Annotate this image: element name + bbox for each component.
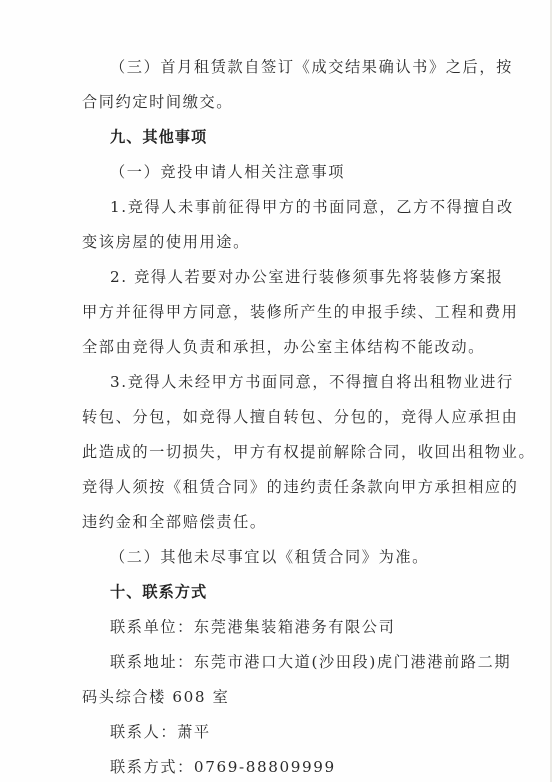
section-9-heading: 九、其他事项	[110, 127, 207, 147]
item-2-line-2: 甲方并征得甲方同意，装修所产生的申报手续、工程和费用	[82, 302, 474, 322]
contact-phone: 联系方式：0769-88809999	[110, 757, 336, 777]
contact-address-line-2: 码头综合楼 608 室	[82, 687, 229, 707]
subsection-2-heading: （二）其他未尽事宜以《租赁合同》为准。	[110, 547, 429, 567]
item-3-line-5: 违约金和全部赔偿责任。	[82, 512, 267, 532]
item-2-line-1: 2. 竞得人若要对办公室进行装修须事先将装修方案报	[110, 267, 474, 287]
item-2-line-3: 全部由竞得人负责和承担，办公室主体结构不能改动。	[82, 337, 485, 357]
item-3-line-2: 转包、分包，如竞得人擅自转包、分包的，竞得人应承担由	[82, 407, 474, 427]
item-1-line-2: 变该房屋的使用用途。	[82, 232, 250, 252]
item-3-line-1: 3.竞得人未经甲方书面同意，不得擅自将出租物业进行	[110, 372, 474, 392]
item-1-line-1: 1.竞得人未事前征得甲方的书面同意，乙方不得擅自改	[110, 197, 474, 217]
section-10-heading: 十、联系方式	[110, 582, 207, 602]
item-3-line-3: 此造成的一切损失，甲方有权提前解除合同，收回出租物业。	[82, 442, 474, 462]
payment-clause-line-2: 合同约定时间缴交。	[82, 92, 233, 112]
item-3-line-4: 竞得人须按《租赁合同》的违约责任条款向甲方承担相应的	[82, 477, 474, 497]
subsection-1-heading: （一）竞投申请人相关注意事项	[110, 162, 345, 182]
contact-address-line-1: 联系地址：东莞市港口大道(沙田段)虎门港港前路二期	[110, 652, 474, 672]
contact-person: 联系人：萧平	[110, 722, 211, 742]
contact-unit: 联系单位：东莞港集装箱港务有限公司	[110, 617, 395, 637]
payment-clause-line-1: （三）首月租赁款自签订《成交结果确认书》之后，按	[110, 57, 474, 77]
